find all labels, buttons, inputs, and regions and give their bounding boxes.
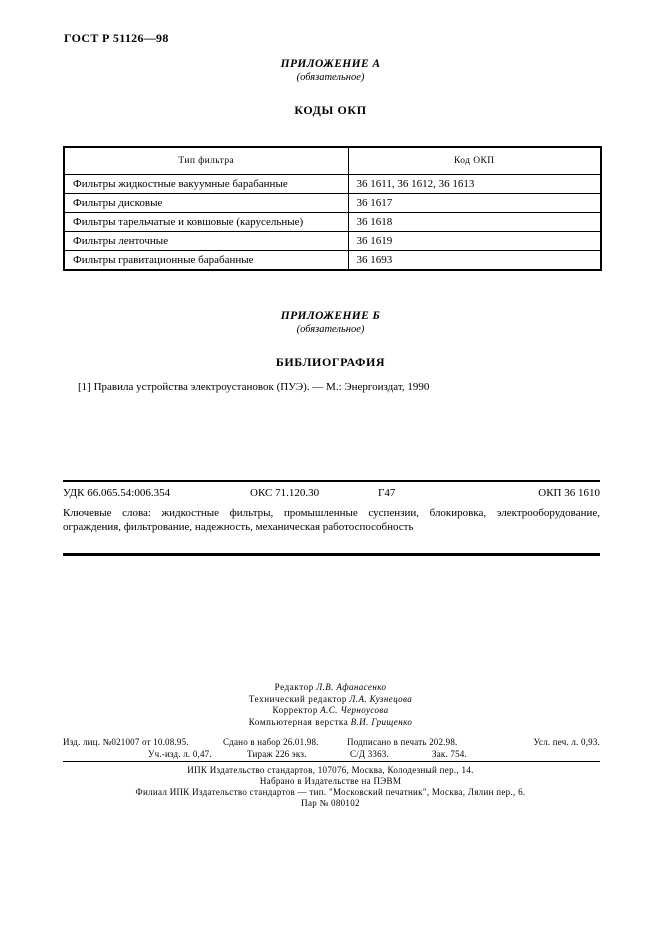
table-cell-type: Фильтры жидкостные вакуумные барабанные xyxy=(64,175,348,194)
imprint-sd: С/Д 3363. xyxy=(350,749,389,759)
appendix-a-subtitle: (обязательное) xyxy=(0,72,661,83)
table-header-cell-code: Код ОКП xyxy=(348,147,601,175)
table-cell-code: 36 1619 xyxy=(348,232,601,251)
table-cell-type: Фильтры гравитационные барабанные xyxy=(64,251,348,271)
table-cell-type: Фильтры тарельчатые и ковшовые (карусель… xyxy=(64,213,348,232)
appendix-b-title: ПРИЛОЖЕНИЕ Б xyxy=(0,310,661,322)
appendix-b-heading: БИБЛИОГРАФИЯ xyxy=(0,355,661,370)
credit-line: Технический редактор Л.А. Кузнецова xyxy=(0,694,661,706)
imprint-license: Изд. лиц. №021007 от 10.08.95. xyxy=(63,737,189,747)
table-row: Фильтры дисковые 36 1617 xyxy=(64,194,601,213)
keywords-paragraph: Ключевые слова: жидкостные фильтры, пром… xyxy=(63,507,600,534)
divider-rule-thick xyxy=(63,553,600,556)
table-header-row: Тип фильтра Код ОКП xyxy=(64,147,601,175)
table-row: Фильтры тарельчатые и ковшовые (карусель… xyxy=(64,213,601,232)
credit-role: Компьютерная верстка xyxy=(249,717,349,727)
table-row: Фильтры ленточные 36 1619 xyxy=(64,232,601,251)
table-row: Фильтры гравитационные барабанные 36 169… xyxy=(64,251,601,271)
imprint-sheets: Усл. печ. л. 0,93. xyxy=(534,737,600,747)
table-cell-code: 36 1693 xyxy=(348,251,601,271)
credit-name: Л.В. Афанасенко xyxy=(316,682,386,692)
credit-line: Редактор Л.В. Афанасенко xyxy=(0,682,661,694)
table-row: Фильтры жидкостные вакуумные барабанные … xyxy=(64,175,601,194)
credits-block: Редактор Л.В. Афанасенко Технический ред… xyxy=(0,682,661,728)
divider-rule-top xyxy=(63,480,600,482)
appendix-b-subtitle: (обязательное) xyxy=(0,324,661,335)
imprint-print-date: Подписано в печать 202.98. xyxy=(347,737,457,747)
typeset-line: Набрано в Издательстве на ПЭВМ xyxy=(0,776,661,787)
divider-rule-bottom xyxy=(63,761,600,762)
credit-name: А.С. Черноусова xyxy=(320,705,388,715)
credit-name: В.И. Грищенко xyxy=(351,717,413,727)
imprint-copies: Тираж 226 экз. xyxy=(247,749,307,759)
udk-code: УДК 66.065.54:006.354 xyxy=(63,487,170,499)
par-line: Пар № 080102 xyxy=(0,798,661,809)
appendix-a-title: ПРИЛОЖЕНИЕ А xyxy=(0,58,661,70)
table-cell-type: Фильтры дисковые xyxy=(64,194,348,213)
credit-role: Технический редактор xyxy=(249,694,347,704)
doc-number: ГОСТ Р 51126—98 xyxy=(64,31,169,46)
document-page: ГОСТ Р 51126—98 ПРИЛОЖЕНИЕ А (обязательн… xyxy=(0,0,661,936)
g47-code: Г47 xyxy=(378,487,395,499)
classification-line: УДК 66.065.54:006.354 ОКС 71.120.30 Г47 … xyxy=(63,487,600,501)
imprint-typeset-date: Сдано в набор 26.01.98. xyxy=(223,737,319,747)
table-header-cell-type: Тип фильтра xyxy=(64,147,348,175)
credit-name: Л.А. Кузнецова xyxy=(349,694,412,704)
okp-table: Тип фильтра Код ОКП Фильтры жидкостные в… xyxy=(63,146,602,271)
publisher-line: ИПК Издательство стандартов, 107076, Мос… xyxy=(0,765,661,776)
imprint-ed-sheets: Уч.-изд. л. 0,47. xyxy=(148,749,212,759)
publisher-block: ИПК Издательство стандартов, 107076, Мос… xyxy=(0,765,661,809)
branch-line: Филиал ИПК Издательство стандартов — тип… xyxy=(0,787,661,798)
table-cell-code: 36 1618 xyxy=(348,213,601,232)
credit-line: Компьютерная верстка В.И. Грищенко xyxy=(0,717,661,729)
appendix-a-heading: КОДЫ ОКП xyxy=(0,103,661,118)
credit-line: Корректор А.С. Черноусова xyxy=(0,705,661,717)
table-cell-type: Фильтры ленточные xyxy=(64,232,348,251)
bibliography-entry: [1] Правила устройства электроустановок … xyxy=(78,381,429,393)
credit-role: Корректор xyxy=(272,705,318,715)
imprint-order: Зак. 754. xyxy=(432,749,467,759)
okp-code: ОКП 36 1610 xyxy=(538,487,600,499)
oks-code: ОКС 71.120.30 xyxy=(250,487,319,499)
credit-role: Редактор xyxy=(275,682,314,692)
imprint-line-1: Изд. лиц. №021007 от 10.08.95. Сдано в н… xyxy=(63,737,600,749)
table-cell-code: 36 1611, 36 1612, 36 1613 xyxy=(348,175,601,194)
imprint-line-2: Уч.-изд. л. 0,47. Тираж 226 экз. С/Д 336… xyxy=(63,749,600,761)
table-cell-code: 36 1617 xyxy=(348,194,601,213)
